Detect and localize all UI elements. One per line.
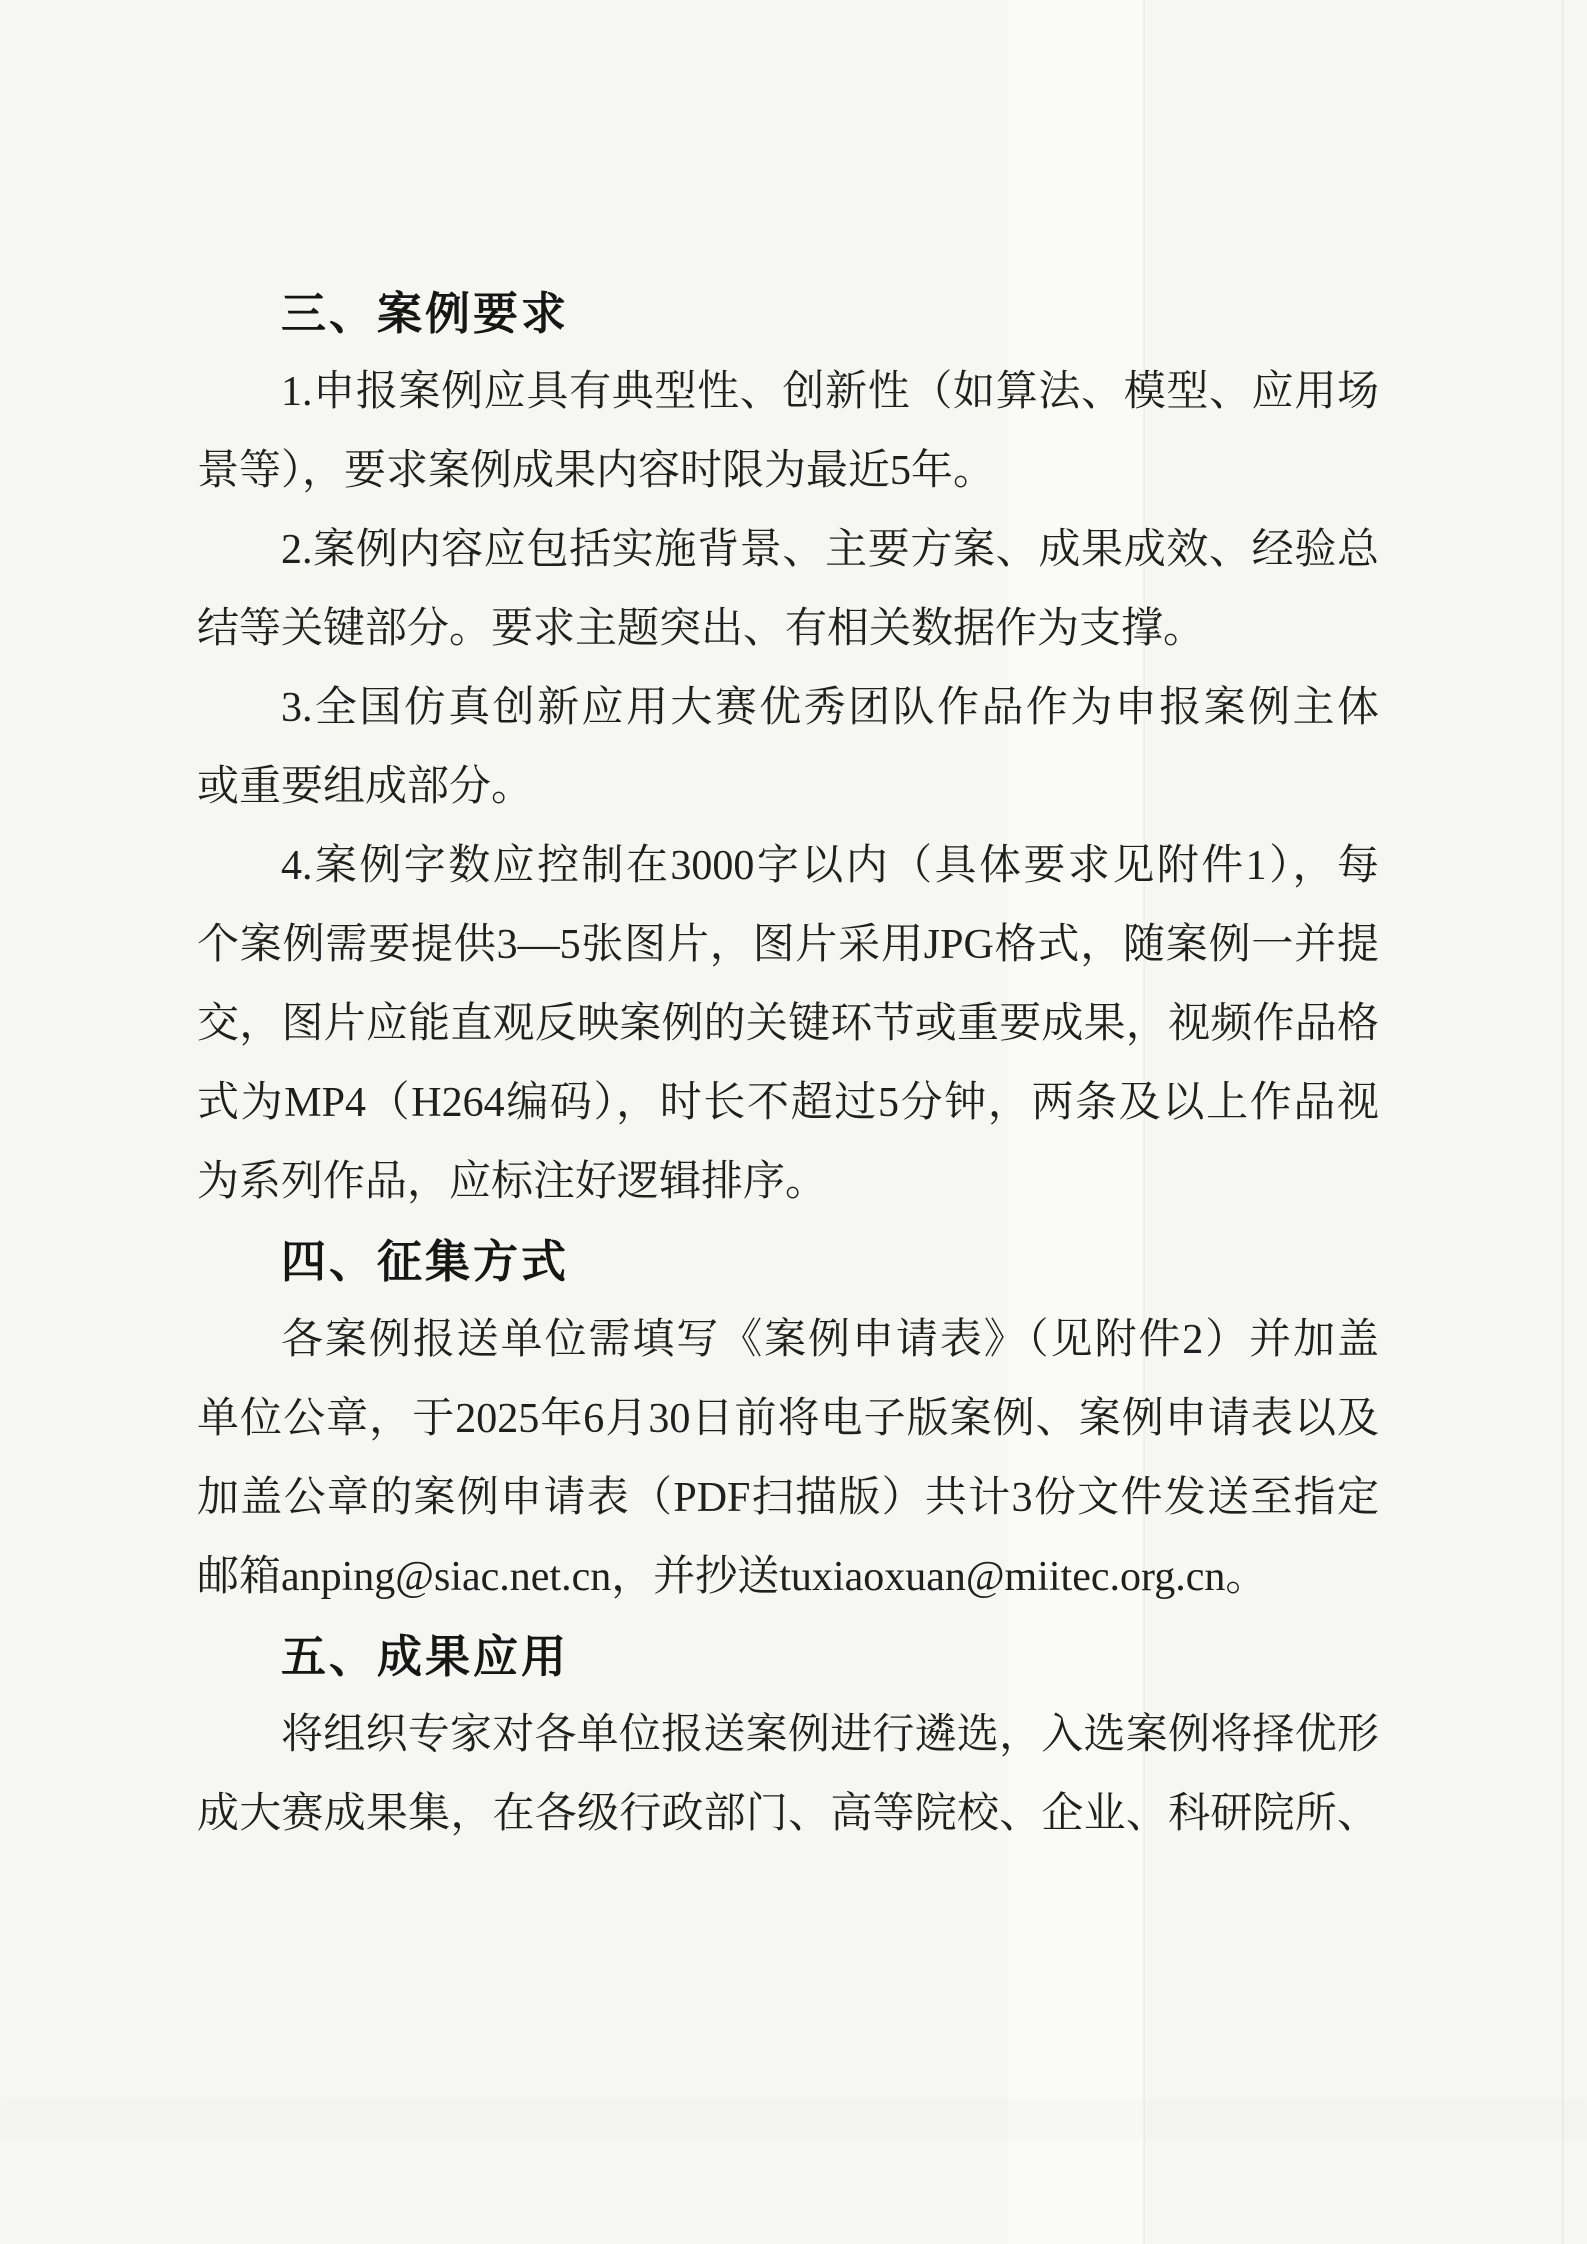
body-line: 1.申报案例应具有典型性、创新性（如算法、模型、应用场 bbox=[197, 353, 1379, 432]
body-line: 交，图片应能直观反映案例的关键环节或重要成果，视频作品格 bbox=[197, 985, 1379, 1064]
body-line: 2.案例内容应包括实施背景、主要方案、成果成效、经验总 bbox=[197, 511, 1379, 590]
body-line: 3.全国仿真创新应用大赛优秀团队作品作为申报案例主体 bbox=[197, 669, 1379, 748]
scan-smudge bbox=[0, 2098, 1587, 2140]
body-line: 将组织专家对各单位报送案例进行遴选，入选案例将择优形 bbox=[197, 1696, 1379, 1775]
section-heading: 五、成果应用 bbox=[197, 1617, 1379, 1696]
body-line: 4.案例字数应控制在3000字以内（具体要求见附件1），每 bbox=[197, 827, 1379, 906]
body-line: 为系列作品，应标注好逻辑排序。 bbox=[197, 1143, 1379, 1222]
body-line: 邮箱anping@siac.net.cn，并抄送tuxiaoxuan@miite… bbox=[197, 1538, 1379, 1617]
body-line: 个案例需要提供3—5张图片，图片采用JPG格式，随案例一并提 bbox=[197, 906, 1379, 985]
scanned-document-page: 三、案例要求1.申报案例应具有典型性、创新性（如算法、模型、应用场景等），要求案… bbox=[0, 0, 1587, 2244]
section-heading: 三、案例要求 bbox=[197, 274, 1379, 353]
body-line: 景等），要求案例成果内容时限为最近5年。 bbox=[197, 432, 1379, 511]
body-line: 结等关键部分。要求主题突出、有相关数据作为支撑。 bbox=[197, 590, 1379, 669]
body-line: 成大赛成果集，在各级行政部门、高等院校、企业、科研院所、 bbox=[197, 1775, 1379, 1854]
body-line: 或重要组成部分。 bbox=[197, 748, 1379, 827]
scan-streak-line bbox=[1562, 0, 1564, 2244]
body-line: 加盖公章的案例申请表（PDF扫描版）共计3份文件发送至指定 bbox=[197, 1459, 1379, 1538]
body-line: 各案例报送单位需填写《案例申请表》（见附件2）并加盖 bbox=[197, 1301, 1379, 1380]
document-text-block: 三、案例要求1.申报案例应具有典型性、创新性（如算法、模型、应用场景等），要求案… bbox=[197, 274, 1379, 1854]
body-line: 单位公章，于2025年6月30日前将电子版案例、案例申请表以及 bbox=[197, 1380, 1379, 1459]
section-heading: 四、征集方式 bbox=[197, 1222, 1379, 1301]
body-line: 式为MP4（H264编码），时长不超过5分钟，两条及以上作品视 bbox=[197, 1064, 1379, 1143]
